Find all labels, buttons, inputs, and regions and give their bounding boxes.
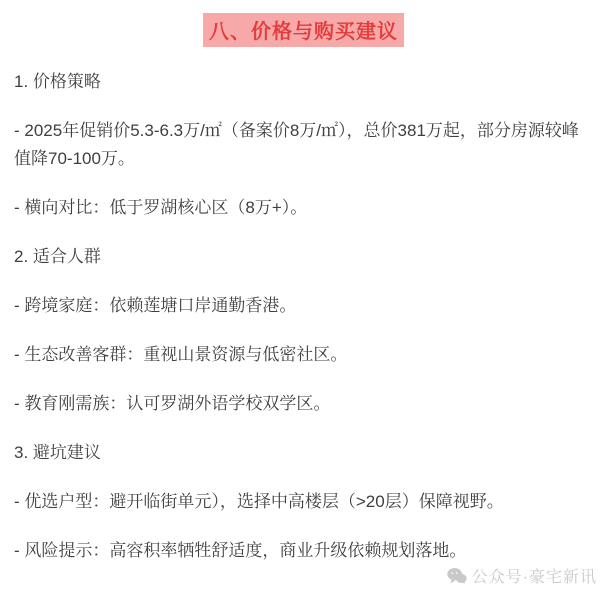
bullet-item: - 跨境家庭：依赖莲塘口岸通勤香港。 <box>14 292 593 320</box>
bullet-item: - 2025年促销价5.3-6.3万/㎡（备案价8万/㎡），总价381万起，部分… <box>14 117 593 173</box>
bullet-item: - 生态改善客群：重视山景资源与低密社区。 <box>14 341 593 369</box>
bullet-item: - 优选户型：避开临街单元），选择中高楼层（>20层）保障视野。 <box>14 488 593 516</box>
article-content: 1. 价格策略- 2025年促销价5.3-6.3万/㎡（备案价8万/㎡），总价3… <box>14 68 593 565</box>
page-title: 八、价格与购买建议 <box>203 13 404 47</box>
section-heading: 1. 价格策略 <box>14 68 593 96</box>
article-page: { "title": "八、价格与购买建议", "sections": [ { … <box>0 0 607 598</box>
bullet-item: - 风险提示：高容积率牺牲舒适度，商业升级依赖规划落地。 <box>14 537 593 565</box>
bullet-item: - 教育刚需族：认可罗湖外语学校双学区。 <box>14 390 593 418</box>
watermark: 公众号·豪宅新讯 <box>447 564 597 587</box>
article-body: 八、价格与购买建议 1. 价格策略- 2025年促销价5.3-6.3万/㎡（备案… <box>0 0 607 565</box>
section-heading: 3. 避坑建议 <box>14 439 593 467</box>
title-row: 八、价格与购买建议 <box>14 13 593 47</box>
section-heading: 2. 适合人群 <box>14 243 593 271</box>
wechat-icon <box>447 567 467 585</box>
bullet-item: - 横向对比：低于罗湖核心区（8万+）。 <box>14 194 593 222</box>
watermark-text: 公众号·豪宅新讯 <box>472 564 597 587</box>
